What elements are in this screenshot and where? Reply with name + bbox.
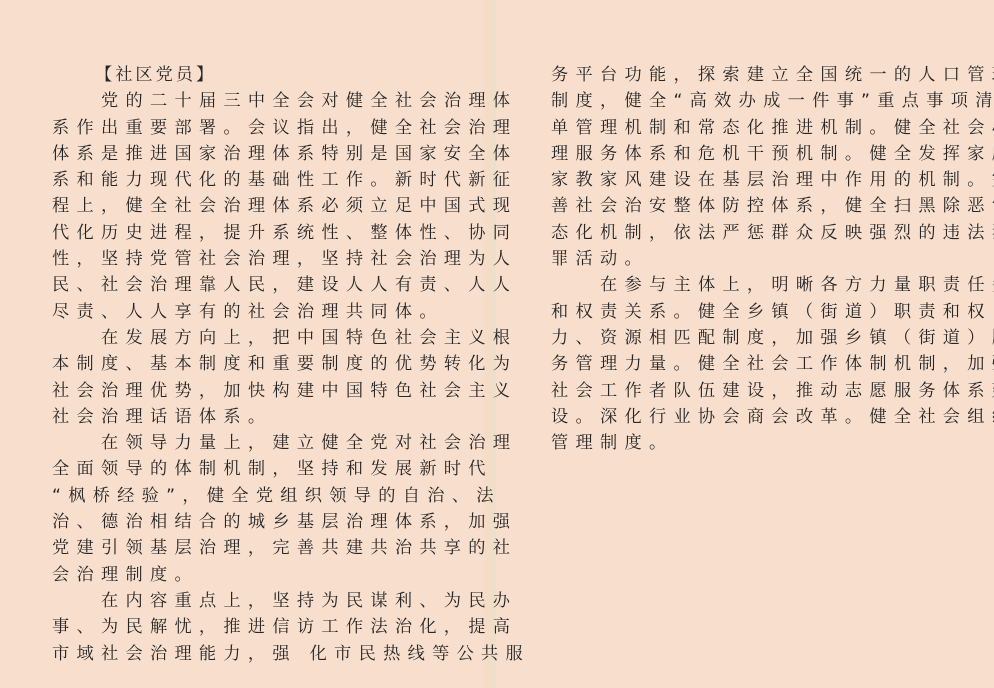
text-line: 在领导力量上，建立健全党对社会治理 [52, 430, 444, 456]
text-line: 体系是推进国家治理体系特别是国家安全体 [52, 141, 444, 167]
text-line: 务平台功能，探索建立全国统一的人口管理 [551, 62, 943, 88]
paragraph-content-focus-continued: 务平台功能，探索建立全国统一的人口管理 制度，健全“高效办成一件事”重点事项清 … [551, 62, 943, 272]
text-line: 党的二十届三中全会对健全社会治理体 [52, 88, 444, 114]
text-line: 事、为民解忧，推进信访工作法治化，提高 [52, 614, 444, 640]
text-line: 代化历史进程，提升系统性、整体性、协同 [52, 220, 444, 246]
text-line: 性，坚持党管社会治理，坚持社会治理为人 [52, 246, 444, 272]
right-text-column: 务平台功能，探索建立全国统一的人口管理 制度，健全“高效办成一件事”重点事项清 … [551, 62, 943, 456]
text-line: “枫桥经验”，健全党组织领导的自治、法 [52, 483, 444, 509]
text-line: 单管理机制和常态化推进机制。健全社会心 [551, 115, 943, 141]
text-line: 本制度、基本制度和重要制度的优势转化为 [52, 351, 444, 377]
text-line: 理服务体系和危机干预机制。健全发挥家庭 [551, 141, 943, 167]
text-line: 和权责关系。健全乡镇（街道）职责和权 [551, 299, 943, 325]
text-line: 在发展方向上，把中国特色社会主义根 [52, 325, 444, 351]
text-line: 尽责、人人享有的社会治理共同体。 [52, 299, 444, 325]
text-line: 在内容重点上，坚持为民谋利、为民办 [52, 588, 444, 614]
text-line: 罪活动。 [551, 246, 943, 272]
text-line: 务管理力量。健全社会工作体制机制，加强 [551, 351, 943, 377]
paragraph-participants: 在参与主体上，明晰各方力量职责任务 和权责关系。健全乡镇（街道）职责和权 力、资… [551, 272, 943, 456]
paragraph-intro: 党的二十届三中全会对健全社会治理体 系作出重要部署。会议指出，健全社会治理 体系… [52, 88, 444, 325]
text-line: 系作出重要部署。会议指出，健全社会治理 [52, 115, 444, 141]
text-line: 会治理制度。 [52, 562, 444, 588]
text-line: 态化机制，依法严惩群众反映强烈的违法犯 [551, 220, 943, 246]
text-line: 程上，健全社会治理体系必须立足中国式现 [52, 193, 444, 219]
text-line: 治、德治相结合的城乡基层治理体系，加强 [52, 509, 444, 535]
paragraph-development-direction: 在发展方向上，把中国特色社会主义根 本制度、基本制度和重要制度的优势转化为 社会… [52, 325, 444, 430]
paragraph-leadership: 在领导力量上，建立健全党对社会治理 全面领导的体制机制，坚持和发展新时代 “枫桥… [52, 430, 444, 588]
text-line: 善社会治安整体防控体系，健全扫黑除恶常 [551, 193, 943, 219]
text-line: 党建引领基层治理，完善共建共治共享的社 [52, 535, 444, 561]
section-heading: 【社区党员】 [52, 62, 444, 88]
left-text-column: 【社区党员】 党的二十届三中全会对健全社会治理体 系作出重要部署。会议指出，健全… [52, 62, 444, 667]
text-line: 社会工作者队伍建设，推动志愿服务体系建 [551, 378, 943, 404]
text-line: 管理制度。 [551, 430, 943, 456]
text-line: 社会治理话语体系。 [52, 404, 444, 430]
text-line: 在参与主体上，明晰各方力量职责任务 [551, 272, 943, 298]
text-line: 市域社会治理能力，强 化市民热线等公共服 [52, 641, 444, 667]
text-line: 社会治理优势，加快构建中国特色社会主义 [52, 378, 444, 404]
text-line: 系和能力现代化的基础性工作。新时代新征 [52, 167, 444, 193]
paragraph-content-focus: 在内容重点上，坚持为民谋利、为民办 事、为民解忧，推进信访工作法治化，提高 市域… [52, 588, 444, 667]
text-line: 设。深化行业协会商会改革。健全社会组织 [551, 404, 943, 430]
text-line: 制度，健全“高效办成一件事”重点事项清 [551, 88, 943, 114]
text-line: 家教家风建设在基层治理中作用的机制。完 [551, 167, 943, 193]
text-line: 全面领导的体制机制，坚持和发展新时代 [52, 456, 444, 482]
text-line: 力、资源相匹配制度，加强乡镇（街道）服 [551, 325, 943, 351]
text-line: 民、社会治理靠人民，建设人人有责、人人 [52, 272, 444, 298]
